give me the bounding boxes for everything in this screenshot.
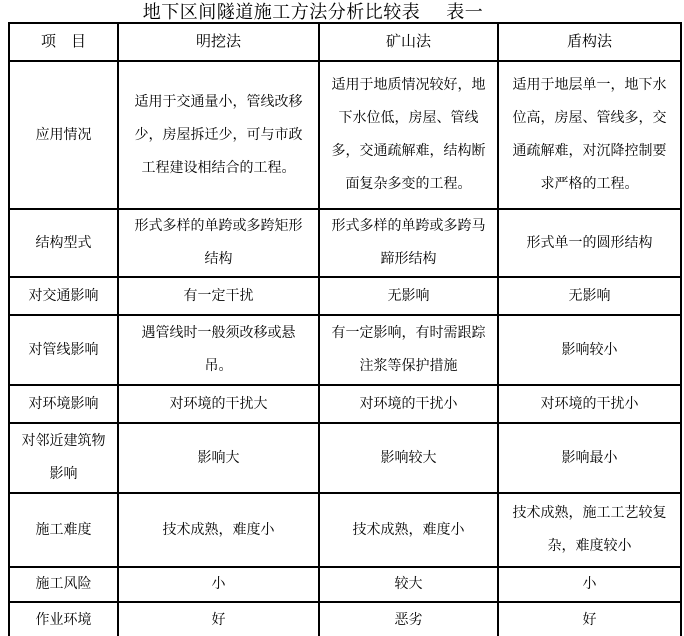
cell: 形式单一的圆形结构 [498, 209, 681, 277]
row-header: 施工风险 [9, 567, 118, 602]
cell: 无影响 [498, 277, 681, 315]
cell: 较大 [319, 567, 498, 602]
cell: 好 [498, 602, 681, 636]
cell: 技术成熟，施工工艺较复杂，难度较小 [498, 493, 681, 567]
cell: 影响最小 [498, 423, 681, 493]
table-row: 作业环境 好 恶劣 好 [9, 602, 681, 636]
header-row: 项 目 明挖法 矿山法 盾构法 [9, 23, 681, 61]
table-row: 施工难度 技术成熟，难度小 技术成熟，难度小 技术成熟，施工工艺较复杂，难度较小 [9, 493, 681, 567]
cell: 小 [118, 567, 319, 602]
cell: 有一定干扰 [118, 277, 319, 315]
cell: 形式多样的单跨或多跨马蹄形结构 [319, 209, 498, 277]
row-header: 作业环境 [9, 602, 118, 636]
cell: 适用于地层单一，地下水位高，房屋、管线多，交通疏解难，对沉降控制要求严格的工程。 [498, 61, 681, 209]
cell: 影响较大 [319, 423, 498, 493]
table-title: 地下区间隧道施工方法分析比较表 [143, 0, 421, 24]
table-row: 对环境影响 对环境的干扰大 对环境的干扰小 对环境的干扰小 [9, 385, 681, 423]
col-header-item: 项 目 [9, 23, 118, 61]
cell: 小 [498, 567, 681, 602]
cell: 无影响 [319, 277, 498, 315]
comparison-table: 项 目 明挖法 矿山法 盾构法 应用情况 适用于交通量小，管线改移少，房屋拆迁少… [8, 22, 682, 636]
table-row: 对邻近建筑物影响 影响大 影响较大 影响最小 [9, 423, 681, 493]
cell: 影响大 [118, 423, 319, 493]
row-header: 施工难度 [9, 493, 118, 567]
row-header: 对环境影响 [9, 385, 118, 423]
page-title: 地下区间隧道施工方法分析比较表 表一 [0, 0, 684, 22]
document-page: 地下区间隧道施工方法分析比较表 表一 项 目 明挖法 矿山法 盾构法 应用情况 … [0, 0, 684, 636]
cell: 技术成熟，难度小 [319, 493, 498, 567]
cell: 恶劣 [319, 602, 498, 636]
col-header-mining: 矿山法 [319, 23, 498, 61]
cell: 适用于地质情况较好，地下水位低，房屋、管线多，交通疏解难，结构断面复杂多变的工程… [319, 61, 498, 209]
cell: 对环境的干扰小 [498, 385, 681, 423]
table-row: 施工风险 小 较大 小 [9, 567, 681, 602]
table-row: 对管线影响 遇管线时一般须改移或悬吊。 有一定影响，有时需跟踪注浆等保护措施 影… [9, 315, 681, 385]
table-row: 对交通影响 有一定干扰 无影响 无影响 [9, 277, 681, 315]
table-row: 应用情况 适用于交通量小，管线改移少，房屋拆迁少，可与市政工程建设相结合的工程。… [9, 61, 681, 209]
table-number: 表一 [446, 0, 483, 24]
cell: 技术成熟，难度小 [118, 493, 319, 567]
cell: 适用于交通量小，管线改移少，房屋拆迁少，可与市政工程建设相结合的工程。 [118, 61, 319, 209]
cell: 影响较小 [498, 315, 681, 385]
cell: 有一定影响，有时需跟踪注浆等保护措施 [319, 315, 498, 385]
cell: 对环境的干扰大 [118, 385, 319, 423]
cell: 对环境的干扰小 [319, 385, 498, 423]
cell: 好 [118, 602, 319, 636]
row-header: 对邻近建筑物影响 [9, 423, 118, 493]
col-header-shield: 盾构法 [498, 23, 681, 61]
row-header: 结构型式 [9, 209, 118, 277]
cell: 形式多样的单跨或多跨矩形结构 [118, 209, 319, 277]
table-row: 结构型式 形式多样的单跨或多跨矩形结构 形式多样的单跨或多跨马蹄形结构 形式单一… [9, 209, 681, 277]
cell: 遇管线时一般须改移或悬吊。 [118, 315, 319, 385]
row-header: 对管线影响 [9, 315, 118, 385]
row-header: 对交通影响 [9, 277, 118, 315]
col-header-open-cut: 明挖法 [118, 23, 319, 61]
row-header: 应用情况 [9, 61, 118, 209]
